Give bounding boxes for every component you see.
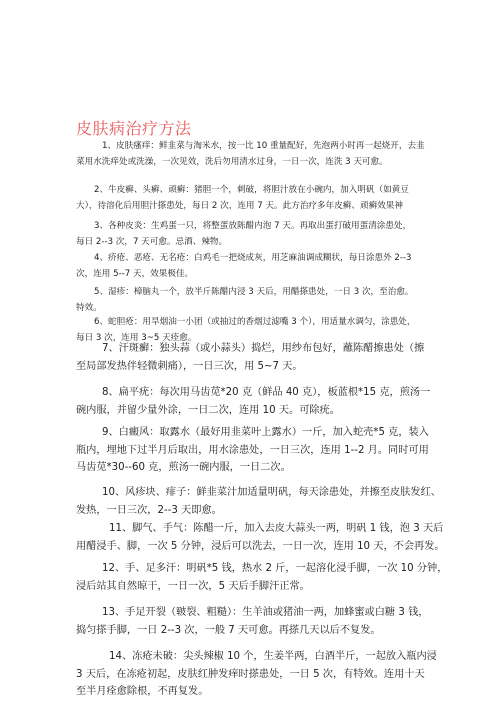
paragraph-line: 2、牛皮癣、头癣、顽癣：猪胆一个，刺破，将胆汁放在小碗内，加入明矾（如黄豆 xyxy=(76,182,436,198)
paragraph-line: 菜用水洗痒处或洗澡，一次见效，洗后勿用清水过身，一日一次，连洗 3 天可愈。 xyxy=(76,154,436,170)
paragraph-line: 捣匀搽手脚，一日 2--3 次，一般 7 天可愈。再搽几天以后不复发。 xyxy=(76,622,436,640)
paragraph-line: 8、扁平疣：每次用马齿苋*20 克（鲜品 40 克），板蓝根*15 克，煎汤一 xyxy=(76,384,436,402)
paragraph-14: 14、冻疮未破：尖头辣椒 10 个，生姜半两，白酒半斤，一起放入瓶内浸 3 天后… xyxy=(76,648,436,701)
paragraph-line: 1、皮肤瘙痒：鲜韭菜与淘米水，按一比 10 重量配好，先泡两小时再一起烧开，去韭 xyxy=(76,138,436,154)
paragraph-line: 4、疥疮、恶疮、无名疮：白鸡毛一把烧成灰，用芝麻油调成糊状，每日涂患外 2--3 xyxy=(76,250,436,266)
paragraph-line: 13、手足开裂（皲裂、粗糙）：生羊油或猪油一两，加蜂蜜或白糖 3 钱， xyxy=(76,604,436,622)
paragraph-line: 12、手、足多汗：明矾*5 钱，热水 2 斤，一起溶化浸手脚，一次 10 分钟， xyxy=(76,560,436,578)
paragraph-8: 8、扁平疣：每次用马齿苋*20 克（鲜品 40 克），板蓝根*15 克，煎汤一 … xyxy=(76,384,436,419)
paragraph-line: 至局部发热伴轻微刺痛），一日三次，用 5~7 天。 xyxy=(76,358,436,376)
paragraph-line: 浸后站其自然晾干，一日一次，5 天后手脚汗正常。 xyxy=(76,578,436,596)
paragraph-line: 3、各种皮炎：生鸡蛋一只，将整蛋放陈醋内泡 7 天。再取出蛋打破用蛋清涂患处， xyxy=(76,218,436,234)
paragraph-line: 5、湿疹：樟脑丸一个，放半斤陈醋内浸 3 天后，用醋搽患处，一日 3 次，至治愈… xyxy=(76,284,436,300)
paragraph-line: 3 天后，在冻疮初起，皮肤红肿发痒时搽患处，一日 5 次，有特效。连用十天 xyxy=(76,666,436,684)
paragraph-line: 至半月痊愈除根，不再复发。 xyxy=(76,683,436,701)
paragraph-line: 马齿苋*30--60 克，煎汤一碗内服，一日二次。 xyxy=(76,459,436,477)
paragraph-line: 14、冻疮未破：尖头辣椒 10 个，生姜半两，白酒半斤，一起放入瓶内浸 xyxy=(76,648,436,666)
paragraph-12: 12、手、足多汗：明矾*5 钱，热水 2 斤，一起溶化浸手脚，一次 10 分钟，… xyxy=(76,560,436,595)
paragraph-line: 碗内服，并留少量外涂，一日二次，连用 10 天。可除疣。 xyxy=(76,402,436,420)
paragraph-line: 瓶内，埋地下过半月后取出，用水涂患处，一日三次，连用 1--2 月。同时可用 xyxy=(76,442,436,460)
paragraph-line: 每日 2--3 次，7 天可愈。忌酒、辣物。 xyxy=(76,234,436,250)
paragraph-1: 1、皮肤瘙痒：鲜韭菜与淘米水，按一比 10 重量配好，先泡两小时再一起烧开，去韭… xyxy=(76,138,436,170)
paragraph-line: 7、汗斑癣：独头蒜（或小蒜头）捣烂，用纱布包好，蘸陈醋擦患处（擦 xyxy=(76,340,436,358)
paragraph-line: 9、白癜风：取露水（最好用韭菜叶上露水）一斤，加入蛇壳*5 克，装入 xyxy=(76,424,436,442)
paragraph-2: 2、牛皮癣、头癣、顽癣：猪胆一个，刺破，将胆汁放在小碗内，加入明矾（如黄豆 大）… xyxy=(76,182,436,214)
paragraph-13: 13、手足开裂（皲裂、粗糙）：生羊油或猪油一两，加蜂蜜或白糖 3 钱， 捣匀搽手… xyxy=(76,604,436,639)
document-page: 皮肤病治疗方法 1、皮肤瘙痒：鲜韭菜与淘米水，按一比 10 重量配好，先泡两小时… xyxy=(0,0,500,707)
paragraph-11: 11、脚气、手气：陈醋一斤，加入去皮大蒜头一两，明矾 1 钱，泡 3 天后 用醋… xyxy=(76,520,436,555)
paragraph-3: 3、各种皮炎：生鸡蛋一只，将整蛋放陈醋内泡 7 天。再取出蛋打破用蛋清涂患处， … xyxy=(76,218,436,250)
paragraph-line: 次，连用 5--7 天，效果极佳。 xyxy=(76,266,436,282)
document-title: 皮肤病治疗方法 xyxy=(76,116,192,139)
paragraph-5: 5、湿疹：樟脑丸一个，放半斤陈醋内浸 3 天后，用醋搽患处，一日 3 次，至治愈… xyxy=(76,284,436,316)
paragraph-10: 10、风疹块、痱子：鲜韭菜汁加适量明矾，每天涂患处，并擦至皮肤发红、 发热，一日… xyxy=(76,484,436,519)
paragraph-line: 大），待溶化后用胆汁搽患处，每日 2 次，连用 7 天。此方治疗多年皮癣、顽癣效… xyxy=(76,198,436,214)
paragraph-line: 发热，一日三次，2--3 天即愈。 xyxy=(76,502,436,520)
paragraph-4: 4、疥疮、恶疮、无名疮：白鸡毛一把烧成灰，用芝麻油调成糊状，每日涂患外 2--3… xyxy=(76,250,436,282)
paragraph-7: 7、汗斑癣：独头蒜（或小蒜头）捣烂，用纱布包好，蘸陈醋擦患处（擦 至局部发热伴轻… xyxy=(76,340,436,375)
paragraph-9: 9、白癜风：取露水（最好用韭菜叶上露水）一斤，加入蛇壳*5 克，装入 瓶内，埋地… xyxy=(76,424,436,477)
paragraph-line: 用醋浸手、脚，一次 5 分钟，浸后可以洗去，一日一次，连用 10 天，不会再发。 xyxy=(76,538,436,556)
paragraph-line: 6、蛇胆疮：用旱烟油一小团（或抽过的香烟过滤嘴 3 个），用适量水调匀，涂患处， xyxy=(76,314,436,330)
paragraph-line: 11、脚气、手气：陈醋一斤，加入去皮大蒜头一两，明矾 1 钱，泡 3 天后 xyxy=(76,520,436,538)
paragraph-line: 10、风疹块、痱子：鲜韭菜汁加适量明矾，每天涂患处，并擦至皮肤发红、 xyxy=(76,484,436,502)
